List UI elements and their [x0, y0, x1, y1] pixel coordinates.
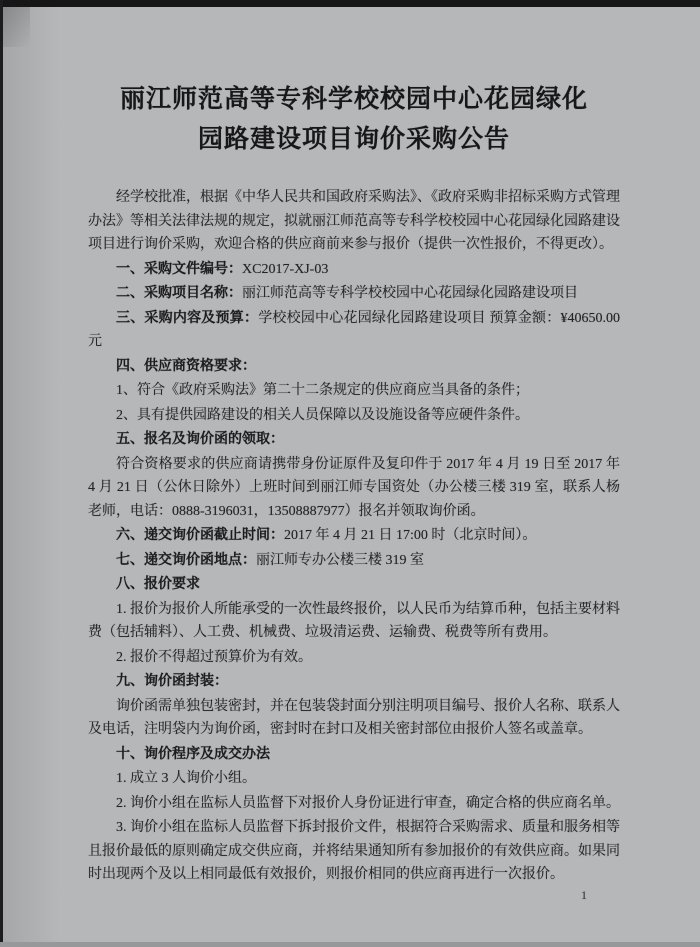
paragraph-heading-text: 十、询价程序及成交办法 [116, 747, 270, 762]
paragraph: 1、符合《政府采购法》第二十二条规定的供应商应当具备的条件； [88, 379, 620, 403]
paragraph: 四、供应商资格要求： [88, 355, 620, 379]
paragraph: 三、采购内容及预算：学校校园中心花园绿化园路建设项目 预算金额：¥40650.0… [88, 307, 620, 354]
paragraph: 2、具有提供园路建设的相关人员保障以及设施设备等应硬件条件。 [88, 404, 620, 428]
paragraph: 1. 成立 3 人询价小组。 [88, 767, 620, 791]
paragraph: 六、递交询价函截止时间：2017 年 4 月 21 日 17:00 时（北京时间… [88, 524, 620, 548]
page-number: 1 [581, 888, 587, 903]
paragraph: 询价函需单独包装密封，并在包装袋封面分别注明项目编号、报价人名称、联系人及电话，… [88, 695, 620, 742]
paragraph-heading-text: 三、采购内容及预算： [116, 311, 258, 326]
paragraph-text: 询价函需单独包装密封，并在包装袋封面分别注明项目编号、报价人名称、联系人及电话，… [88, 699, 620, 738]
paragraph-text: 2017 年 4 月 21 日 17:00 时（北京时间）。 [284, 528, 536, 543]
paragraph-heading-text: 四、供应商资格要求： [116, 359, 256, 374]
document-content: 丽江师范高等专科学校校园中心花园绿化 园路建设项目询价采购公告 经学校批准，根据… [88, 80, 620, 888]
paragraph-heading-text: 八、报价要求 [116, 577, 200, 592]
paragraph: 十、询价程序及成交办法 [88, 743, 620, 767]
paragraph: 五、报名及询价函的领取： [88, 428, 620, 452]
paragraph-heading-text: 一、采购文件编号： [116, 262, 242, 277]
paragraph: 2. 询价小组在监标人员监督下对报价人身份证进行审查，确定合格的供应商名单。 [88, 792, 620, 816]
paragraph: 1. 报价为报价人所能承受的一次性最终报价，以人民币为结算币种，包括主要材料费（… [88, 598, 620, 645]
paragraph-text: 1、符合《政府采购法》第二十二条规定的供应商应当具备的条件； [116, 383, 529, 398]
paragraph: 九、询价函封装： [88, 670, 620, 694]
paragraph-heading-text: 二、采购项目名称： [116, 286, 242, 301]
paragraph-text: 经学校批准，根据《中华人民共和国政府采购法》、《政府采购非招标采购方式管理办法》… [88, 190, 620, 252]
paragraph-heading-text: 六、递交询价函截止时间： [116, 528, 284, 543]
paragraph: 3. 询价小组在监标人员监督下拆封报价文件，根据符合采购需求、质量和服务相等且报… [88, 816, 620, 887]
document-title: 丽江师范高等专科学校校园中心花园绿化 园路建设项目询价采购公告 [88, 80, 620, 160]
paragraph-text: 丽江师专办公楼三楼 319 室 [256, 553, 424, 568]
paragraph: 七、递交询价函地点：丽江师专办公楼三楼 319 室 [88, 549, 620, 573]
paragraph-text: 2. 询价小组在监标人员监督下对报价人身份证进行审查，确定合格的供应商名单。 [116, 796, 620, 811]
paragraph: 经学校批准，根据《中华人民共和国政府采购法》、《政府采购非招标采购方式管理办法》… [88, 186, 620, 257]
document-body: 经学校批准，根据《中华人民共和国政府采购法》、《政府采购非招标采购方式管理办法》… [88, 186, 620, 887]
scan-edge-top [0, 0, 700, 7]
paragraph: 符合资格要求的供应商请携带身份证原件及复印件于 2017 年 4 月 19 日至… [88, 453, 620, 524]
scan-edge-bottom [0, 942, 700, 947]
paragraph-text: 2. 报价不得超过预算价为有效。 [116, 650, 312, 665]
scan-left-shadow [3, 0, 59, 947]
paragraph-text: 3. 询价小组在监标人员监督下拆封报价文件，根据符合采购需求、质量和服务相等且报… [88, 820, 620, 882]
paragraph-text: XC2017-XJ-03 [242, 262, 328, 277]
document-title-line2: 园路建设项目询价采购公告 [198, 126, 510, 153]
paragraph: 一、采购文件编号：XC2017-XJ-03 [88, 258, 620, 282]
paragraph-text: 符合资格要求的供应商请携带身份证原件及复印件于 2017 年 4 月 19 日至… [88, 457, 620, 519]
paragraph-heading-text: 九、询价函封装： [116, 674, 228, 689]
document-title-line1: 丽江师范高等专科学校校园中心花园绿化 [120, 86, 588, 113]
paragraph: 二、采购项目名称：丽江师范高等专科学校校园中心花园绿化园路建设项目 [88, 282, 620, 306]
scan-corner-shadow [0, 7, 30, 47]
scanned-document-page: 丽江师范高等专科学校校园中心花园绿化 园路建设项目询价采购公告 经学校批准，根据… [0, 0, 700, 947]
scan-edge-left [0, 0, 3, 947]
paragraph-heading-text: 五、报名及询价函的领取： [116, 432, 284, 447]
paragraph-text: 1. 成立 3 人询价小组。 [116, 771, 256, 786]
paragraph: 2. 报价不得超过预算价为有效。 [88, 646, 620, 670]
paragraph: 八、报价要求 [88, 573, 620, 597]
paragraph-text: 2、具有提供园路建设的相关人员保障以及设施设备等应硬件条件。 [116, 408, 529, 423]
paragraph-text: 1. 报价为报价人所能承受的一次性最终报价，以人民币为结算币种，包括主要材料费（… [88, 602, 620, 641]
paragraph-heading-text: 七、递交询价函地点： [116, 553, 256, 568]
paragraph-text: 丽江师范高等专科学校校园中心花园绿化园路建设项目 [242, 286, 578, 301]
